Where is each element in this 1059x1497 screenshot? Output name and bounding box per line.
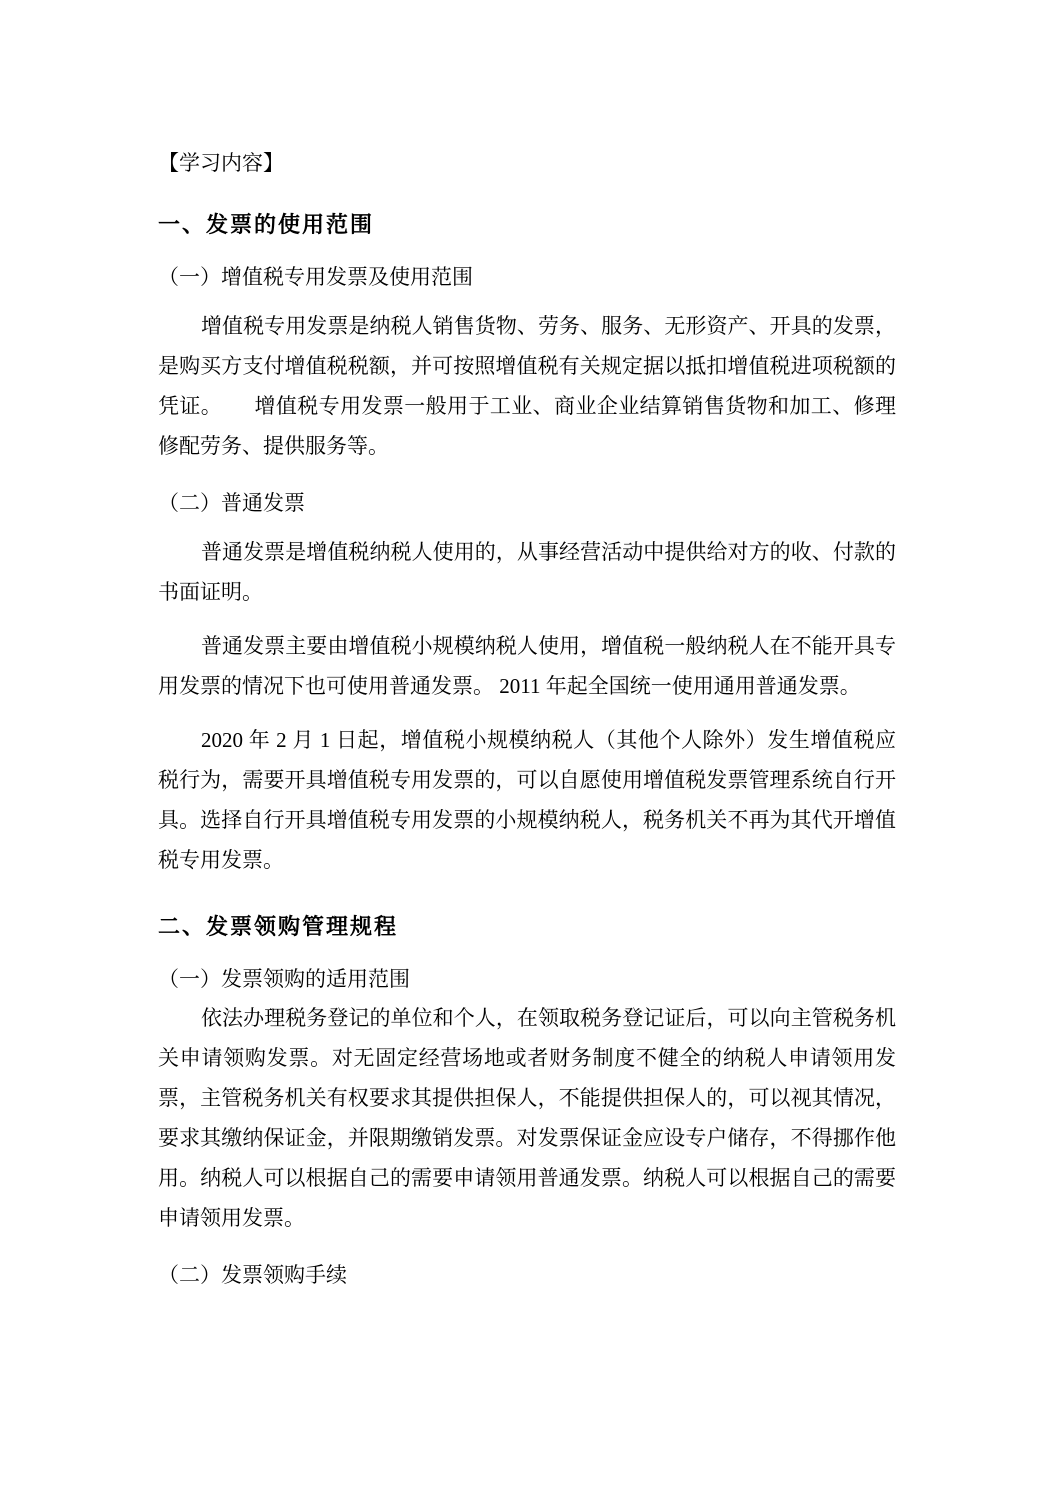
subsection-2-2-heading: （二）发票领购手续 — [158, 1260, 896, 1290]
body-paragraph-special-invoice: 增值税专用发票是纳税人销售货物、劳务、服务、无形资产、开具的发票，是购买方支付增… — [158, 306, 896, 466]
body-paragraph-ordinary-invoice-usage: 普通发票主要由增值税小规模纳税人使用，增值税一般纳税人在不能开具专用发票的情况下… — [158, 626, 896, 706]
body-paragraph-purchase-scope: 依法办理税务登记的单位和个人，在领取税务登记证后，可以向主管税务机关申请领购发票… — [158, 998, 896, 1238]
section-1-heading: 一、发票的使用范围 — [158, 210, 896, 240]
subsection-2-1-heading: （一）发票领购的适用范围 — [158, 964, 896, 994]
document-page: 【学习内容】 一、发票的使用范围 （一）增值税专用发票及使用范围 增值税专用发票… — [0, 0, 1059, 1497]
intro-label: 【学习内容】 — [158, 148, 896, 178]
subsection-1-1-heading: （一）增值税专用发票及使用范围 — [158, 262, 896, 292]
body-paragraph-2020-rule: 2020 年 2 月 1 日起，增值税小规模纳税人（其他个人除外）发生增值税应税… — [158, 720, 896, 880]
body-paragraph-ordinary-invoice-definition: 普通发票是增值税纳税人使用的，从事经营活动中提供给对方的收、付款的书面证明。 — [158, 532, 896, 612]
section-2-heading: 二、发票领购管理规程 — [158, 912, 896, 942]
document-body: 【学习内容】 一、发票的使用范围 （一）增值税专用发票及使用范围 增值税专用发票… — [158, 148, 896, 1290]
subsection-1-2-heading: （二）普通发票 — [158, 488, 896, 518]
